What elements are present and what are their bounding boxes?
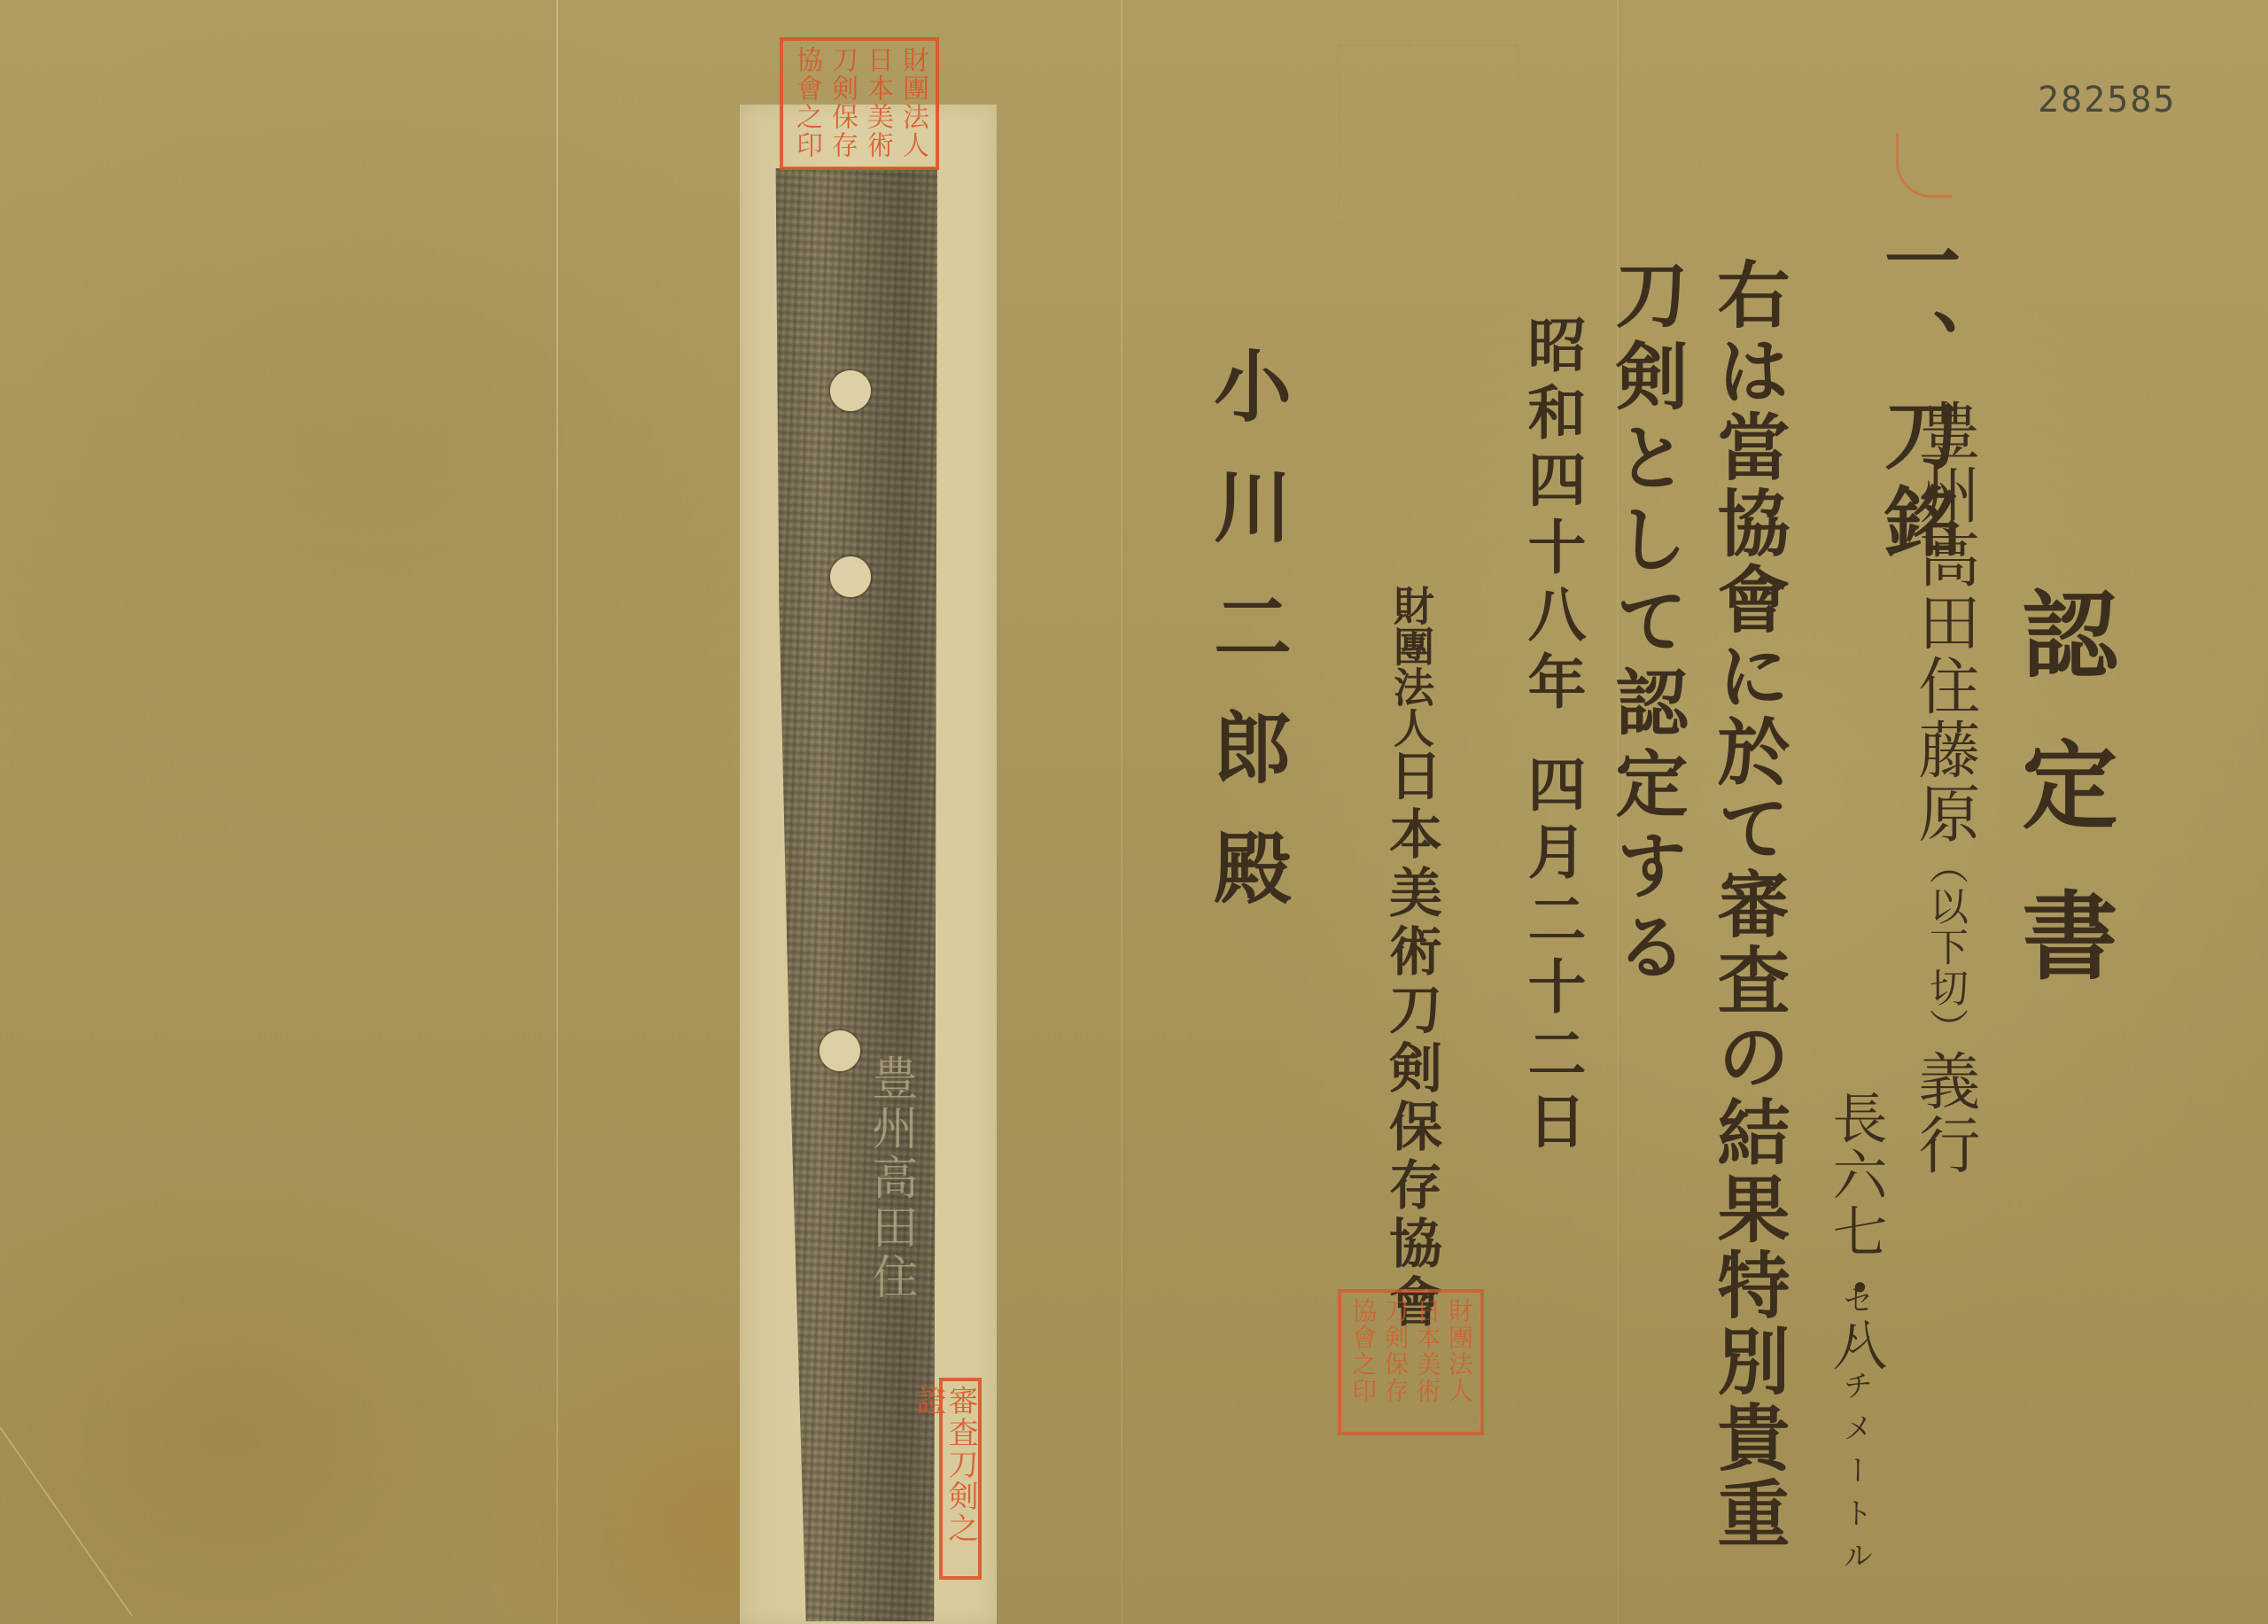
serial-number: 282585 [2038,80,2177,120]
fold-line [556,0,558,1624]
mekugi-ana-hole-1 [830,370,871,411]
item-prefix: 一、 [1871,221,1961,395]
kantei-seal-text: 審査刀剣之證 [944,1385,976,1573]
kantei-seal: 審査刀剣之證 [939,1378,982,1580]
seal-column: 刀剣保存 [1379,1298,1410,1426]
length-label: 長 [1823,1090,1888,1146]
mei-text: 豊州高田住藤原 [1908,399,1981,845]
certification-text-line-1: 右は當協會に於て審査の結果特別貴重 [1697,257,1800,1552]
seal-column: 財團法人 [1444,1298,1474,1426]
faint-stamp-ghost [1338,44,1518,225]
seal-column: 財團法人 [897,46,928,161]
fold-line [1121,0,1122,1624]
length-unit: センチメートル [1834,1285,1877,1582]
issue-date: 昭和四十八年四月二十二日 [1511,315,1595,1158]
association-seal-top: 財團法人 日本美術 刀剣保存 協會之印 [780,37,939,170]
addressee-honorific: 殿 [1201,828,1293,948]
date-month-day: 四月二十二日 [1518,754,1587,1158]
addressee: 小川二郎殿 [1192,346,1303,948]
sword-signature: 豊州高田住藤原（以下切）義行 [1900,399,1990,1177]
mei-end: 義行 [1908,1049,1981,1177]
addressee-name: 小川二郎 [1201,346,1293,828]
seal-column: 協會之印 [791,46,821,161]
issuing-organization: 財團法人日本美術刀剣保存協會 [1373,585,1449,1333]
date-era-year: 昭和四十八年 [1518,315,1587,719]
seal-column: 協會之印 [1348,1298,1378,1426]
seal-column: 日本美術 [862,46,892,161]
seal-column: 日本美術 [1412,1298,1442,1426]
association-seal-bottom: 財團法人 日本美術 刀剣保存 協會之印 [1338,1289,1484,1435]
mekugi-ana-hole-3 [819,1030,860,1071]
seal-column: 刀剣保存 [827,46,857,161]
nakago-inscription: 豊州高田住 [864,1054,917,1302]
certification-text-line-2: 刀剣として認定する [1595,257,1698,991]
org-legal-form: 財團法人 [1387,585,1435,748]
mei-note: （以下切） [1922,845,1968,1049]
org-name: 日本美術刀剣保存協會 [1380,748,1442,1333]
document-title: 認定書 [1993,585,2131,1037]
mekugi-ana-hole-2 [830,556,871,597]
